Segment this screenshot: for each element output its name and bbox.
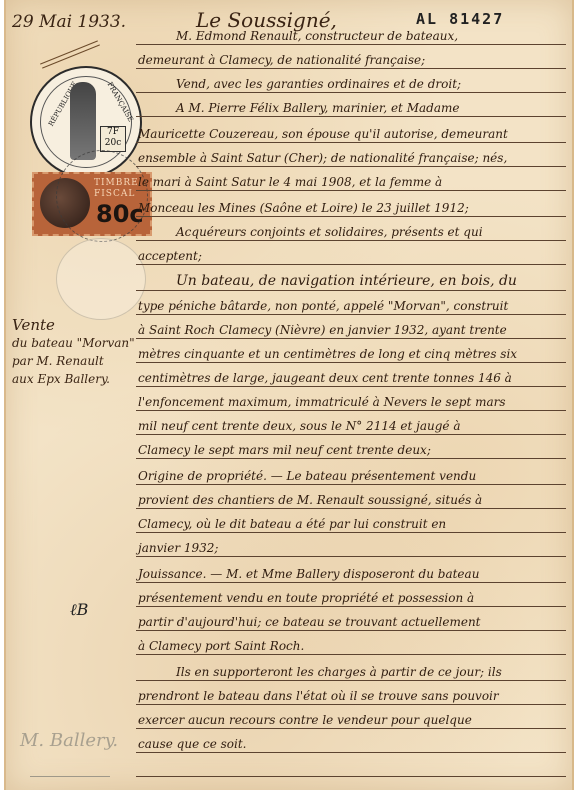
seal-value: 7F 20c bbox=[100, 126, 126, 152]
body-line: acceptent; bbox=[138, 249, 202, 263]
body-line: ensemble à Saint Satur (Cher); de nation… bbox=[138, 151, 507, 165]
pencil-signature: M. Ballery. bbox=[20, 730, 118, 751]
body-line: à Clamecy port Saint Roch. bbox=[138, 639, 304, 653]
body-line: Vend, avec les garanties ordinaires et d… bbox=[176, 77, 461, 91]
date-underline bbox=[42, 44, 100, 68]
body-line: centimètres de large, jaugeant deux cent… bbox=[138, 371, 512, 385]
body-line: le mari à Saint Satur le 4 mai 1908, et … bbox=[138, 175, 442, 189]
body-line: provient des chantiers de M. Renault sou… bbox=[138, 493, 482, 507]
margin-initials: ℓB bbox=[70, 600, 88, 620]
body-line: exercer aucun recours contre le vendeur … bbox=[138, 713, 472, 727]
body-line: mètres cinquante et un centimètres de lo… bbox=[138, 347, 517, 361]
date-underline bbox=[40, 40, 98, 64]
body-line: Clamecy le sept mars mil neuf cent trent… bbox=[138, 443, 431, 457]
margin-note-line: du bateau "Morvan" bbox=[12, 334, 135, 352]
body-line: présentement vendu en toute propriété et… bbox=[138, 591, 474, 605]
body-line: demeurant à Clamecy, de nationalité fran… bbox=[138, 53, 425, 67]
margin-note: Vente du bateau "Morvan" par M. Renault … bbox=[12, 316, 135, 388]
body-line: A M. Pierre Félix Ballery, marinier, et … bbox=[176, 101, 459, 115]
margin-note-line: aux Epx Ballery. bbox=[12, 370, 135, 388]
body-line: prendront le bateau dans l'état où il se… bbox=[138, 689, 499, 703]
body-line: Jouissance. — M. et Mme Ballery disposer… bbox=[138, 567, 479, 581]
body-line: partir d'aujourd'hui; ce bateau se trouv… bbox=[138, 615, 481, 629]
embossed-dry-seal-icon bbox=[56, 238, 146, 320]
body-line: à Saint Roch Clamecy (Nièvre) en janvier… bbox=[138, 323, 507, 337]
margin-note-line: par M. Renault bbox=[12, 352, 135, 370]
body-line: janvier 1932; bbox=[138, 541, 218, 555]
body-line: Origine de propriété. — Le bateau présen… bbox=[138, 469, 476, 483]
body-line: Mauricette Couzereau, son épouse qu'il a… bbox=[138, 127, 508, 141]
body-line: type péniche bâtarde, non ponté, appelé … bbox=[138, 299, 508, 313]
pencil-underline bbox=[30, 776, 110, 777]
document-date: 29 Mai 1933. bbox=[12, 12, 126, 32]
postmark-cancellation-icon bbox=[56, 150, 148, 242]
body-line: Ils en supporteront les charges à partir… bbox=[176, 665, 502, 679]
body-line: l'enfoncement maximum, immatriculé à Nev… bbox=[138, 395, 506, 409]
marianne-justice-figure-icon bbox=[70, 82, 96, 160]
body-line: Clamecy, où le dit bateau a été par lui … bbox=[138, 517, 446, 531]
body-line: Monceau les Mines (Saône et Loire) le 23… bbox=[138, 201, 469, 215]
handwritten-deed-page: 29 Mai 1933. Le Soussigné, AL 81427 RÉPU… bbox=[4, 0, 574, 790]
body-line: M. Edmond Renault, constructeur de batea… bbox=[176, 29, 458, 43]
body-line: Acquéreurs conjoints et solidaires, prés… bbox=[176, 225, 483, 239]
margin-note-line: Vente bbox=[12, 316, 135, 334]
body-line: mil neuf cent trente deux, sous le N° 21… bbox=[138, 419, 461, 433]
empty-ruled-line bbox=[136, 752, 566, 777]
body-line: cause que ce soit. bbox=[138, 737, 247, 751]
body-line: Un bateau, de navigation intérieure, en … bbox=[176, 273, 517, 289]
